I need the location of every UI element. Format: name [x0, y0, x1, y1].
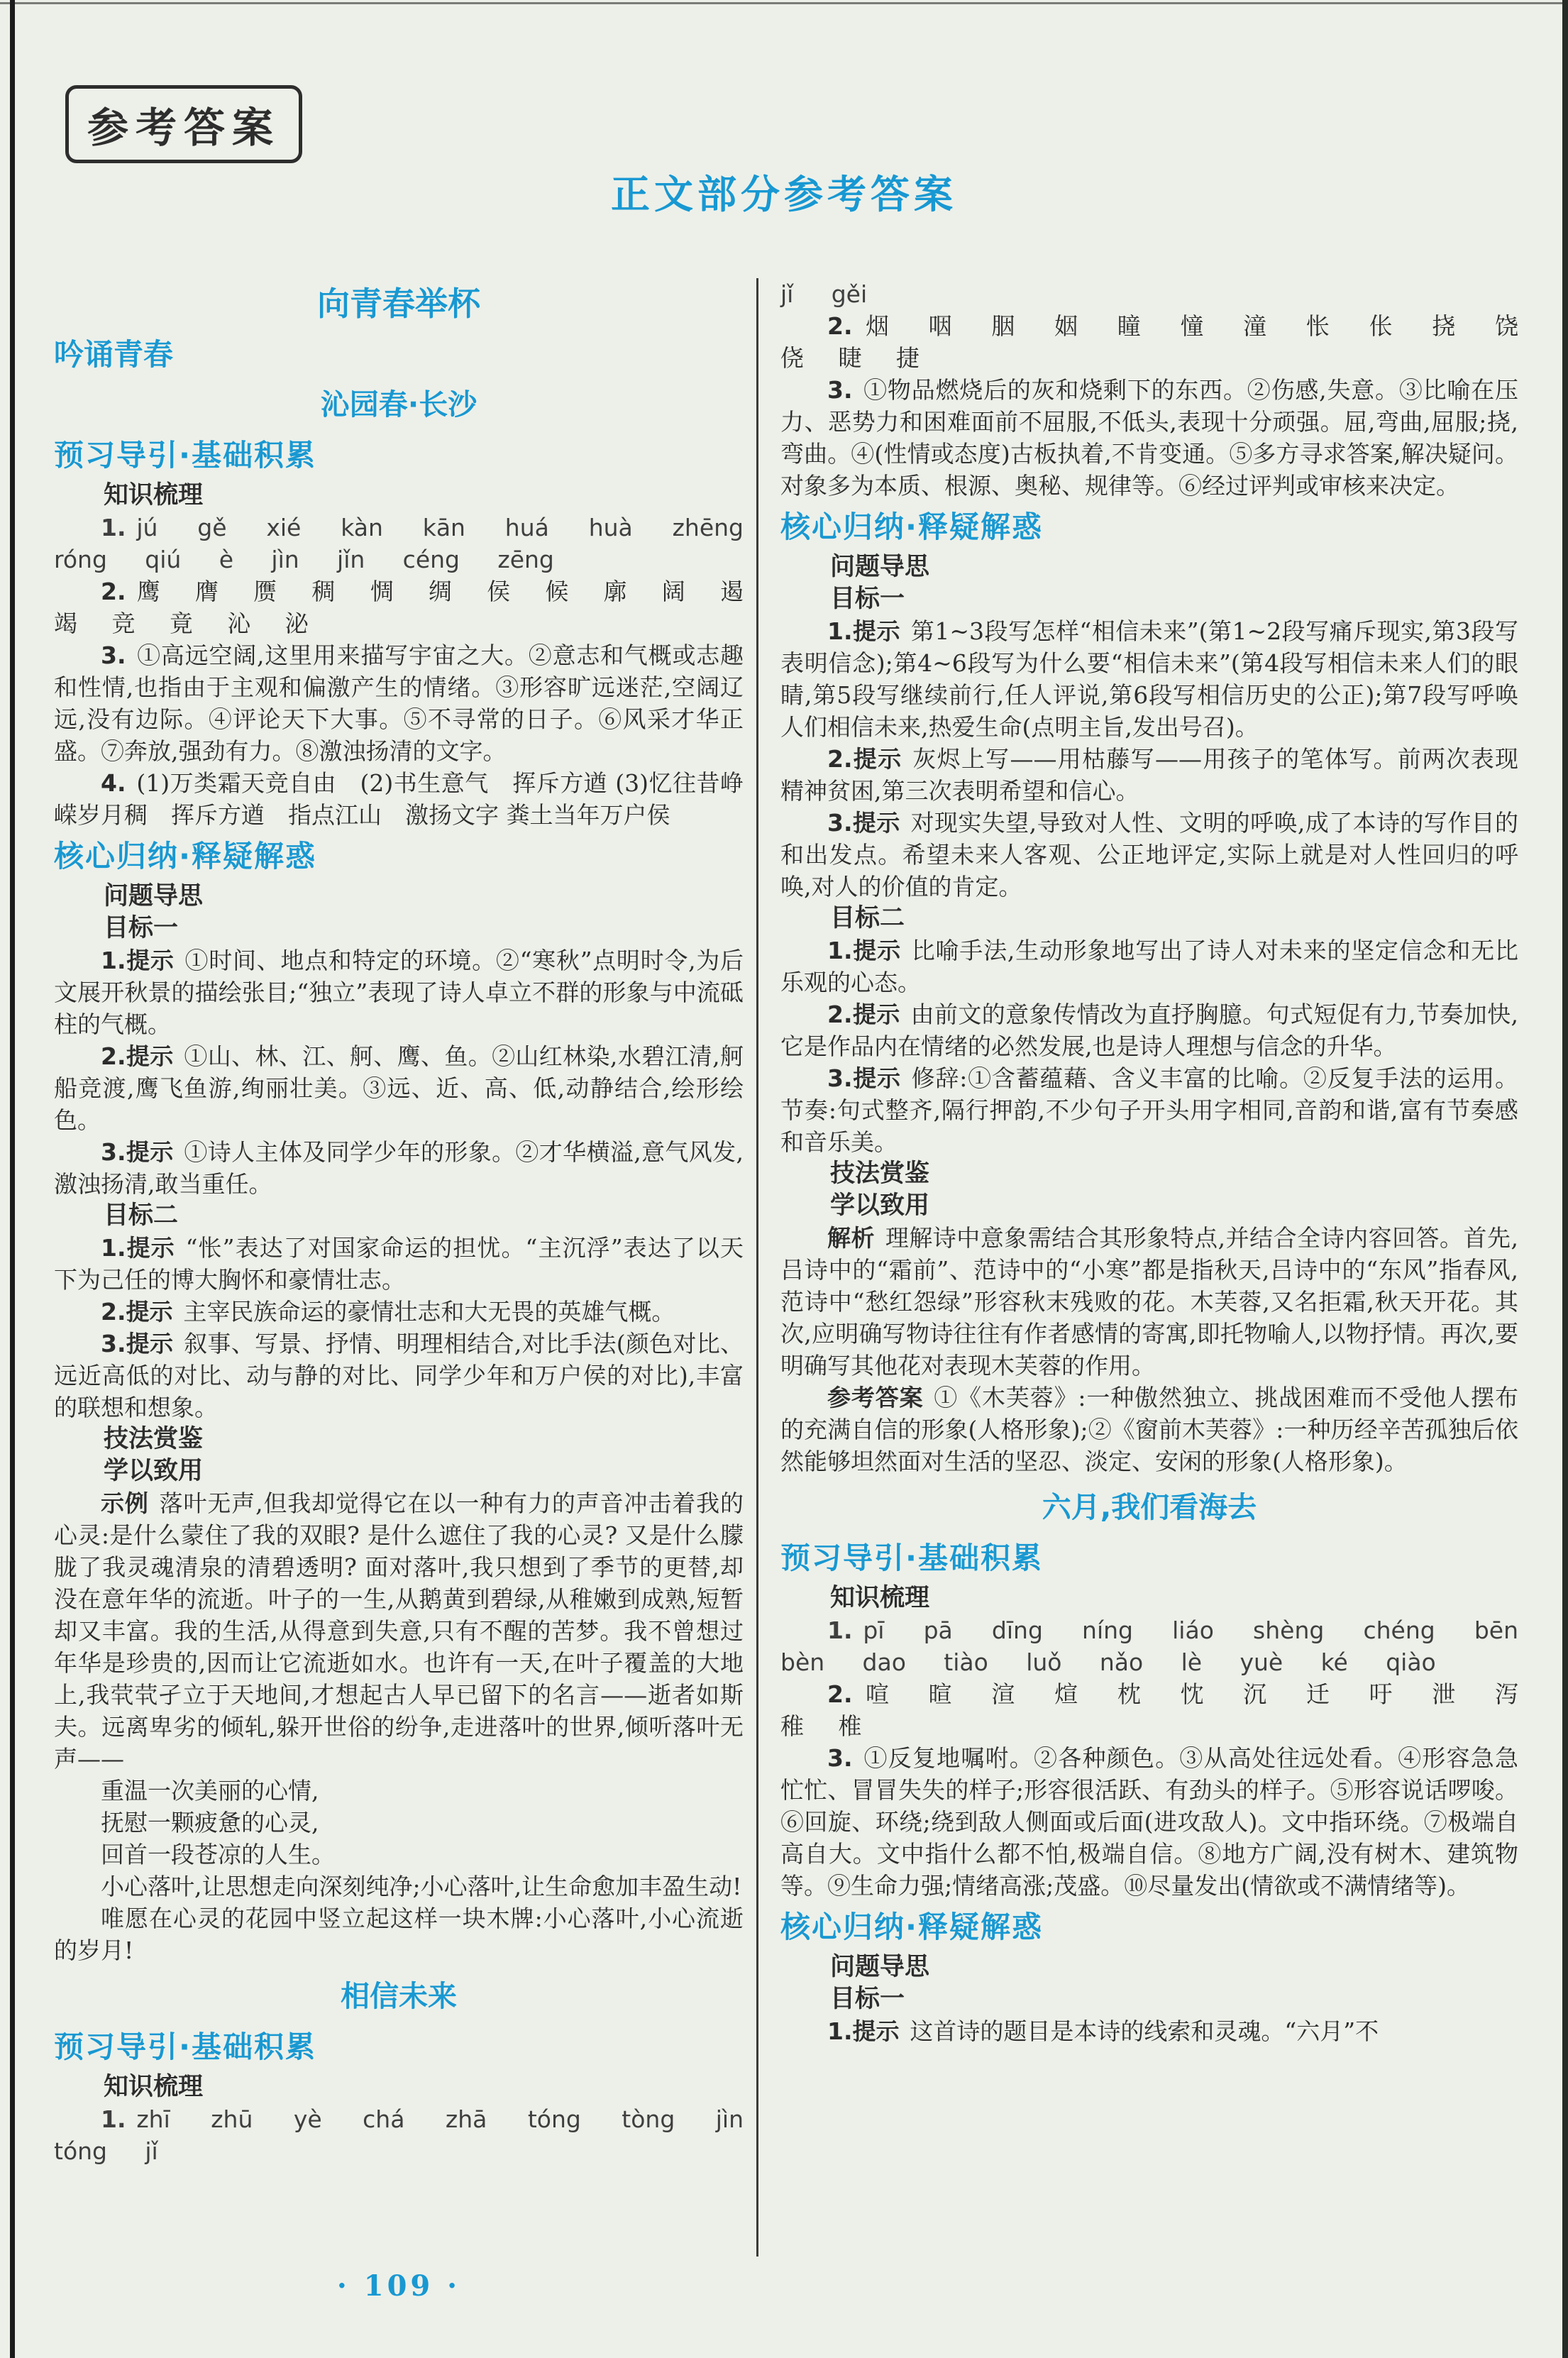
subsection-heading: 技法赏鉴 — [780, 1158, 1518, 1190]
right-column: jǐ gěi2.烟 咽 胭 姻 瞳 憧 潼 怅 伥 挠 饶 侥 睫 捷3.①物品… — [780, 278, 1518, 2047]
text-run: 预习导引·基础积累 — [780, 1541, 1043, 1575]
text-run: 目标一 — [830, 585, 905, 613]
item-number-label: 2. — [827, 312, 853, 340]
text-run: pī pā dīng níng liáo shèng chéng bēn bèn… — [780, 1616, 1518, 1676]
answer-paragraph: 小心落叶,让思想走向深刻纯净;小心落叶,让生命愈加丰盈生动! — [54, 1871, 744, 1902]
hanzi-list-line: 2.烟 咽 胭 姻 瞳 憧 潼 怅 伥 挠 饶 侥 睫 捷 — [780, 310, 1518, 374]
text-run: jǐ gěi — [780, 280, 867, 308]
text-run: 目标一 — [104, 914, 178, 942]
poem-line: 回首一段苍凉的人生。 — [54, 1839, 744, 1871]
section-heading: 预习导引·基础积累 — [54, 2027, 744, 2067]
item-number-label: 2.提示 — [827, 745, 902, 773]
unit-title: 向青春举杯 — [54, 282, 744, 325]
answer-paragraph: 参考答案①《木芙蓉》:一种傲然独立、挑战困难而不受他人摆布的充满自信的形象(人格… — [780, 1382, 1518, 1477]
subsection-heading: 知识梳理 — [54, 480, 744, 512]
item-number-label: 3. — [827, 1744, 853, 1772]
text-run: 吟诵青春 — [54, 337, 173, 372]
hanzi-list-line: 2.鹰 膺 赝 稠 惆 绸 侯 候 廓 阔 遏 竭 竞 竟 沁 泌 — [54, 575, 744, 639]
answer-paragraph: 3.提示①诗人主体及同学少年的形象。②才华横溢,意气风发,激浊扬清,敢当重任。 — [54, 1136, 744, 1200]
subsection-heading: 技法赏鉴 — [54, 1423, 744, 1455]
subsection-heading: 问题导思 — [780, 1951, 1518, 1983]
page-left-edge-line — [10, 0, 15, 2358]
text-run: 小心落叶,让思想走向深刻纯净;小心落叶,让生命愈加丰盈生动! — [101, 1873, 741, 1900]
pinyin-line: 1.zhī zhū yè chá zhā tóng tòng jìn tóng … — [54, 2103, 744, 2167]
answer-paragraph: 3.①反复地嘱咐。②各种颜色。③从高处往远处看。④形容急急忙忙、冒冒失失的样子;… — [780, 1742, 1518, 1902]
text-run: 核心归纳·释疑解惑 — [780, 1910, 1043, 1944]
answer-paragraph: 2.提示灰烬上写——用枯藤写——用孩子的笔体写。前两次表现精神贫困,第三次表明希… — [780, 743, 1518, 807]
answer-paragraph: 3.①高远空阔,这里用来描写宇宙之大。②意志和气概或志趣和性情,也指由于主观和偏… — [54, 639, 744, 767]
poem-line: 重温一次美丽的心情, — [54, 1775, 744, 1807]
text-run: 问题导思 — [104, 882, 203, 910]
answer-key-badge-label: 参考答案 — [87, 104, 280, 152]
text-run: 目标二 — [830, 904, 905, 932]
text-run: 预习导引·基础积累 — [54, 2029, 316, 2064]
answer-paragraph: 2.提示①山、林、江、舸、鹰、鱼。②山红林染,水碧江清,舸船竞渡,鹰飞鱼游,绚丽… — [54, 1040, 744, 1136]
section-heading: 核心归纳·释疑解惑 — [780, 1907, 1518, 1947]
answer-paragraph: 3.提示对现实失望,导致对人性、文明的呼唤,成了本诗的写作目的和出发点。希望未来… — [780, 807, 1518, 903]
text-run: 理解诗中意象需结合其形象特点,并结合全诗内容回答。首先,吕诗中的“霜前”、范诗中… — [780, 1224, 1518, 1379]
page-title: 正文部分参考答案 — [0, 163, 1568, 219]
item-number-label: 3.提示 — [101, 1138, 174, 1166]
poem-title: 沁园春·长沙 — [54, 385, 744, 424]
text-run: 知识梳理 — [830, 1584, 929, 1612]
pinyin-line: jǐ gěi — [780, 278, 1518, 310]
answer-paragraph: 1.提示“怅”表达了对国家命运的担忧。“主沉浮”表达了以天下为己任的博大胸怀和豪… — [54, 1232, 744, 1296]
text-run: 技法赏鉴 — [104, 1425, 203, 1453]
hanzi-list-line: 2.喧 暄 渲 煊 枕 忱 沉 迁 吁 泄 泻 稚 椎 — [780, 1678, 1518, 1742]
text-run: 问题导思 — [830, 1953, 929, 1981]
subsection-heading: 学以致用 — [54, 1455, 744, 1487]
lesson-title: 吟诵青春 — [54, 335, 744, 375]
text-run: 向青春举杯 — [317, 285, 480, 323]
answer-paragraph: 1.提示第1~3段写怎样“相信未来”(第1~2段写痛斥现实,第3段写表明信念);… — [780, 615, 1518, 743]
subsection-heading: 知识梳理 — [780, 1582, 1518, 1614]
poem-title: 六月,我们看海去 — [780, 1487, 1518, 1527]
column-divider — [756, 278, 758, 2257]
text-run: 核心归纳·释疑解惑 — [780, 509, 1043, 544]
text-run: zhī zhū yè chá zhā tóng tòng jìn tóng jǐ — [54, 2105, 744, 2165]
answer-paragraph: 示例落叶无声,但我却觉得它在以一种有力的声音冲击着我的心灵:是什么蒙住了我的双眼… — [54, 1487, 744, 1775]
text-run: 目标二 — [104, 1201, 178, 1230]
left-column: 向青春举杯吟诵青春沁园春·长沙预习导引·基础积累知识梳理1.jú gě xié … — [54, 278, 744, 2167]
text-run: 知识梳理 — [104, 481, 203, 509]
section-heading: 核心归纳·释疑解惑 — [780, 507, 1518, 547]
text-run: 相信未来 — [341, 1979, 457, 2013]
answer-paragraph: 1.提示①时间、地点和特定的环境。②“寒秋”点明时令,为后文展开秋景的描绘张目;… — [54, 944, 744, 1040]
pinyin-line: 1.jú gě xié kàn kān huá huà zhēng róng q… — [54, 512, 744, 575]
subsection-heading: 目标二 — [54, 1200, 744, 1232]
item-number-label: 3. — [101, 641, 126, 669]
item-number-label: 1.提示 — [827, 2017, 900, 2045]
item-number-label: 3.提示 — [101, 1330, 173, 1357]
page-top-edge-line — [0, 2, 1568, 4]
answer-paragraph: 3.提示叙事、写景、抒情、明理相结合,对比手法(颜色对比、远近高低的对比、动与静… — [54, 1328, 744, 1423]
item-number-label: 解析 — [827, 1224, 875, 1252]
text-run: 问题导思 — [830, 553, 929, 581]
text-run: 鹰 膺 赝 稠 惆 绸 侯 候 廓 阔 遏 竭 竞 竟 沁 泌 — [54, 578, 744, 637]
item-number-label: 1.提示 — [827, 937, 901, 964]
item-number-label: 2.提示 — [101, 1298, 173, 1326]
item-number-label: 2.提示 — [827, 1001, 900, 1028]
answer-paragraph: 解析理解诗中意象需结合其形象特点,并结合全诗内容回答。首先,吕诗中的“霜前”、范… — [780, 1222, 1518, 1382]
text-run: 六月,我们看海去 — [1042, 1490, 1257, 1524]
text-run: 目标一 — [830, 1985, 905, 2013]
text-run: jú gě xié kàn kān huá huà zhēng róng qiú… — [54, 514, 744, 573]
subsection-heading: 目标一 — [780, 1983, 1518, 2015]
text-run: 落叶无声,但我却觉得它在以一种有力的声音冲击着我的心灵:是什么蒙住了我的双眼? … — [54, 1489, 744, 1773]
item-number-label: 2.提示 — [101, 1042, 174, 1070]
subsection-heading: 目标一 — [780, 583, 1518, 615]
item-number-label: 3. — [827, 376, 853, 404]
text-run: 核心归纳·释疑解惑 — [54, 839, 316, 874]
item-number-label: 1.提示 — [827, 617, 900, 645]
answer-paragraph: 1.提示比喻手法,生动形象地写出了诗人对未来的坚定信念和无比乐观的心态。 — [780, 935, 1518, 998]
pinyin-line: 1.pī pā dīng níng liáo shèng chéng bēn b… — [780, 1614, 1518, 1678]
item-number-label: 3.提示 — [827, 1064, 901, 1092]
answer-paragraph: 2.提示主宰民族命运的豪情壮志和大无畏的英雄气概。 — [54, 1296, 744, 1328]
subsection-heading: 目标一 — [54, 913, 744, 944]
item-number-label: 1. — [101, 514, 126, 541]
item-number-label: 3.提示 — [827, 809, 900, 837]
poem-line: 抚慰一颗疲惫的心灵, — [54, 1807, 744, 1839]
text-run: 技法赏鉴 — [830, 1159, 929, 1188]
text-run: ①高远空阔,这里用来描写宇宙之大。②意志和气概或志趣和性情,也指由于主观和偏激产… — [54, 641, 744, 765]
subsection-heading: 知识梳理 — [54, 2071, 744, 2103]
text-run: 学以致用 — [830, 1191, 929, 1220]
text-run: 主宰民族命运的豪情壮志和大无畏的英雄气概。 — [183, 1298, 675, 1326]
section-heading: 预习导引·基础积累 — [780, 1538, 1518, 1578]
text-run: 唯愿在心灵的花园中竖立起这样一块木牌:小心落叶,小心流逝的岁月! — [54, 1905, 744, 1964]
answer-paragraph: 3.提示修辞:①含蓄蕴藉、含义丰富的比喻。②反复手法的运用。节奏:句式整齐,隔行… — [780, 1062, 1518, 1158]
answer-paragraph: 2.提示由前文的意象传情改为直抒胸臆。句式短促有力,节奏加快,它是作品内在情绪的… — [780, 998, 1518, 1062]
answer-key-badge: 参考答案 — [65, 85, 302, 163]
text-run: 预习导引·基础积累 — [54, 438, 316, 473]
subsection-heading: 问题导思 — [54, 881, 744, 913]
text-run: 回首一段苍凉的人生。 — [101, 1841, 335, 1868]
section-heading: 预习导引·基础积累 — [54, 436, 744, 475]
item-number-label: 1. — [101, 2105, 126, 2133]
answer-paragraph: 3.①物品燃烧后的灰和烧剩下的东西。②伤感,失意。③比喻在压力、恶势力和困难面前… — [780, 374, 1518, 502]
subsection-heading: 问题导思 — [780, 551, 1518, 583]
text-run: 重温一次美丽的心情, — [101, 1777, 319, 1805]
subsection-heading: 学以致用 — [780, 1190, 1518, 1222]
answer-paragraph: 4.(1)万类霜天竞自由 (2)书生意气 挥斥方遒 (3)忆往昔峥嵘岁月稠 挥斥… — [54, 767, 744, 831]
text-run: 烟 咽 胭 姻 瞳 憧 潼 怅 伥 挠 饶 侥 睫 捷 — [780, 312, 1518, 372]
item-number-label: 示例 — [101, 1489, 149, 1517]
text-run: 抚慰一颗疲惫的心灵, — [101, 1809, 319, 1836]
text-run: 喧 暄 渲 煊 枕 忱 沉 迁 吁 泄 泻 稚 椎 — [780, 1680, 1518, 1740]
item-number-label: 1.提示 — [101, 947, 175, 974]
subsection-heading: 目标二 — [780, 903, 1518, 935]
text-run: 知识梳理 — [104, 2073, 203, 2101]
section-heading: 核心归纳·释疑解惑 — [54, 837, 744, 876]
answer-paragraph: 1.提示这首诗的题目是本诗的线索和灵魂。“六月”不 — [780, 2015, 1518, 2047]
answer-paragraph: 唯愿在心灵的花园中竖立起这样一块木牌:小心落叶,小心流逝的岁月! — [54, 1902, 744, 1966]
page-right-edge-line — [1562, 0, 1568, 2358]
item-number-label: 1.提示 — [101, 1234, 175, 1262]
item-number-label: 2. — [101, 578, 126, 605]
item-number-label: 4. — [101, 769, 126, 797]
text-run: 学以致用 — [104, 1457, 203, 1485]
item-number-label: 2. — [827, 1680, 853, 1708]
text-run: 这首诗的题目是本诗的线索和灵魂。“六月”不 — [910, 2017, 1379, 2045]
text-run: ①反复地嘱咐。②各种颜色。③从高处往远处看。④形容急急忙忙、冒冒失失的样子;形容… — [780, 1744, 1518, 1900]
text-run: ①物品燃烧后的灰和烧剩下的东西。②伤感,失意。③比喻在压力、恶势力和困难面前不屈… — [780, 376, 1518, 500]
item-number-label: 参考答案 — [827, 1384, 923, 1411]
text-run: 沁园春·长沙 — [321, 387, 477, 422]
page-number: · 109 · — [54, 2269, 744, 2303]
item-number-label: 1. — [827, 1616, 853, 1644]
book-page: 参考答案 正文部分参考答案 向青春举杯吟诵青春沁园春·长沙预习导引·基础积累知识… — [0, 0, 1568, 2358]
text-run: (1)万类霜天竞自由 (2)书生意气 挥斥方遒 (3)忆往昔峥嵘岁月稠 挥斥方遒… — [54, 769, 744, 829]
poem-title: 相信未来 — [54, 1976, 744, 2016]
